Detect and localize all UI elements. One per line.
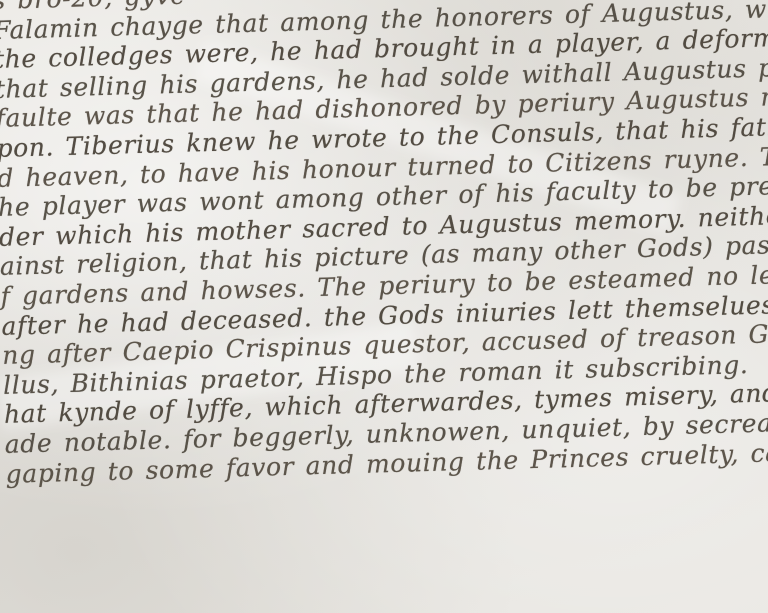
- handwritten-text-block: s bro-20, gyve Falamin chayge that among…: [0, 0, 768, 489]
- manuscript-page: s bro-20, gyve Falamin chayge that among…: [0, 0, 768, 613]
